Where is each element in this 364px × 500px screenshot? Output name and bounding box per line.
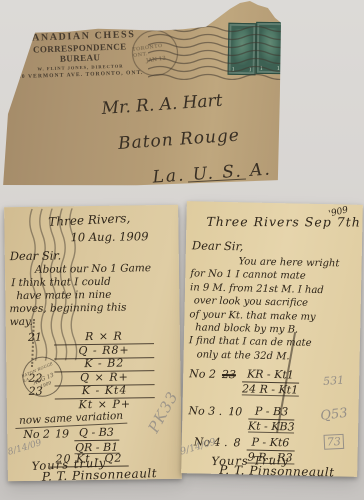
move-row: 22 Q × R+	[54, 370, 154, 385]
game-label: No 2	[189, 367, 216, 381]
game-label: No 3 .	[188, 404, 222, 418]
pencil-code: 531	[323, 374, 345, 388]
move-row: Q - R8+	[54, 343, 154, 358]
envelope: CANADIAN CHESS CORRESPONDENCE BUREAU W. …	[0, 0, 285, 190]
machine-cancel-waves-icon	[148, 24, 286, 80]
signature: P. T. Pinsonneault	[42, 466, 158, 484]
recipient-address: Mr. R. A. Hart Baton Rouge La. U. S. A.	[79, 85, 300, 194]
move-pair: Q - B3 QR - B1	[74, 427, 119, 455]
move-row: 23 K - Kt4	[55, 383, 155, 398]
dateline-place: Three Rivers,	[48, 211, 131, 229]
address-line: La. U. S. A.	[152, 156, 300, 188]
move-number: 8	[233, 436, 240, 449]
pencil-code: 73	[324, 434, 345, 450]
move-row: 21 R × R	[54, 329, 154, 344]
postcard-right: '909 Three Rivers Sep 7th Dear Sir, You …	[181, 201, 363, 477]
move-number: 10	[228, 405, 242, 418]
signature: P. T. Pinsonneault	[219, 463, 335, 479]
move-pair: P - B3 Kt - KB3	[248, 406, 295, 434]
move-row: Kt × P+	[55, 397, 155, 412]
body-line: way.	[10, 314, 178, 329]
sender-imprint: CANADIAN CHESS CORRESPONDENCE BUREAU W. …	[13, 29, 147, 81]
address-line: Mr. R. A. Hart	[101, 85, 295, 120]
letter-body: You are here wright for No 1 I cannot ma…	[189, 254, 359, 365]
pencil-code: Q53	[320, 406, 349, 424]
body-line: only at the 32d M.	[189, 348, 357, 365]
letter-body: About our No 1 Game I think that I could…	[9, 262, 178, 329]
postcard-left: BATON ROUGE LA. AUG 13 1909 Three Rivers…	[4, 205, 182, 481]
photo-background: CANADIAN CHESS CORRESPONDENCE BUREAU W. …	[0, 0, 364, 500]
address-line: Baton Rouge	[117, 121, 297, 155]
dateline-date: 10 Aug. 1909	[70, 229, 148, 244]
crossed-out-number: 23	[222, 368, 236, 381]
chess-move-list: 21 R × R Q - R8+ K - B2 22 Q × R+ 23 K -…	[54, 329, 155, 411]
dateline: Three Rivers Sep 7th	[206, 214, 360, 230]
salutation: Dear Sir,	[192, 238, 244, 253]
move-pair: KR - Kt1 24 R - Kt1	[242, 368, 299, 396]
sender-line2: CORRESPONDENCE BUREAU	[14, 41, 147, 66]
salutation: Dear Sir.	[10, 248, 62, 263]
move-row: K - B2	[54, 356, 154, 371]
move-number: 19	[55, 427, 69, 440]
